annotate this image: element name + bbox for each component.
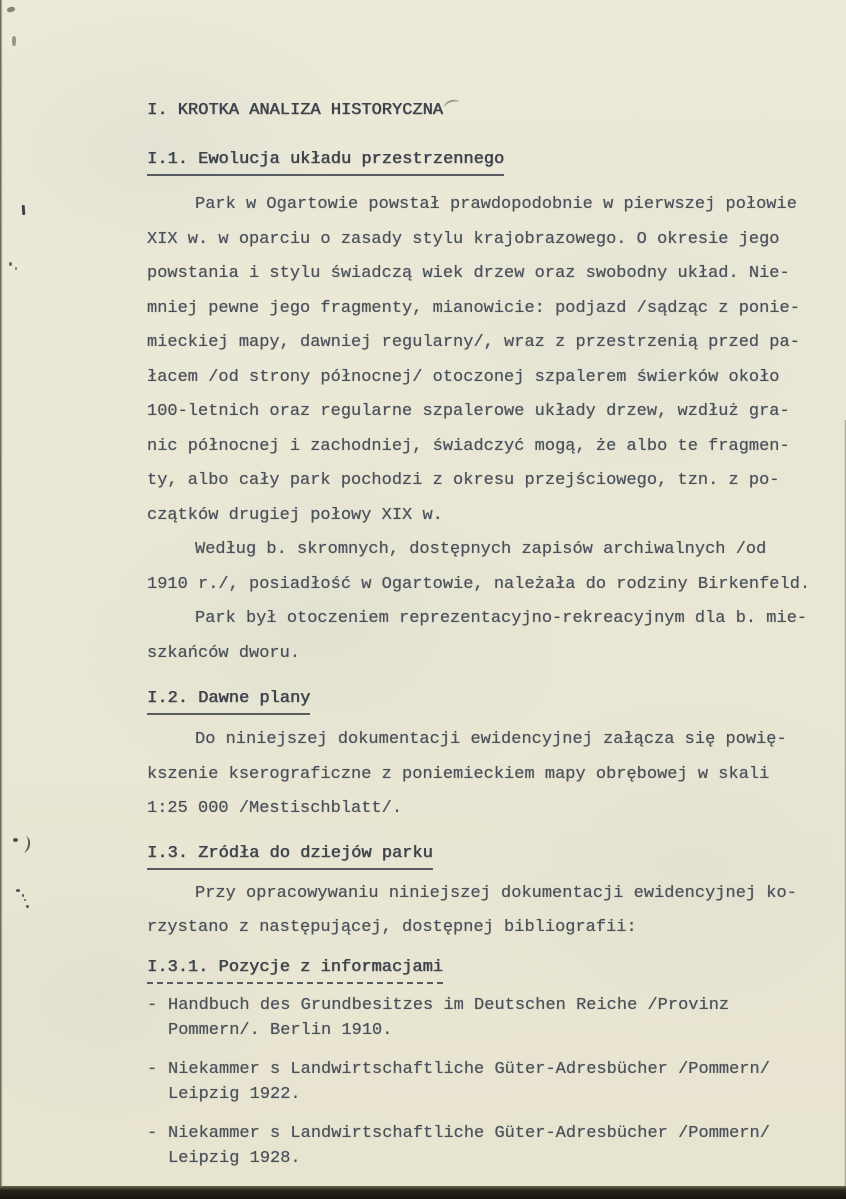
- paragraph-line: łacem /od strony północnej/ otoczonej sz…: [147, 361, 819, 396]
- bib-entry: - Niekammer s Landwirtschaftliche Güter-…: [147, 1057, 819, 1107]
- section-2-heading-row: I.2. Dawne plany: [147, 688, 819, 715]
- paragraph-line: 1910 r./, posiadłość w Ogartowie, należa…: [147, 568, 819, 603]
- subsection-heading: I.3.1. Pozycje z informacjami: [147, 957, 443, 984]
- subsection-heading-row: I.3.1. Pozycje z informacjami: [147, 957, 819, 984]
- paragraph-line: Park w Ogartowie powstał prawdopodobnie …: [147, 188, 819, 223]
- paragraph-line: Park był otoczeniem reprezentacyjno-rekr…: [147, 602, 819, 637]
- paragraph-line: nic północnej i zachodniej, świadczyć mo…: [147, 430, 819, 465]
- corner-scan-speck: [12, 36, 16, 46]
- paragraph-line: ty, albo cały park pochodzi z okresu prz…: [147, 464, 819, 499]
- document-title: I. KROTKA ANALIZA HISTORYCZNA: [147, 100, 819, 122]
- paragraph-line: kszenie kserograficzne z poniemieckiem m…: [147, 758, 819, 793]
- paragraph-line: Do niniejszej dokumentacji ewidencyjnej …: [147, 723, 819, 758]
- margin-ink-speck: [13, 838, 18, 842]
- paragraph-line: 1:25 000 /Mestischblatt/.: [147, 792, 819, 827]
- paragraph-line: mieckiej mapy, dawniej regularny/, wraz …: [147, 326, 819, 361]
- corner-scan-speck: [6, 6, 15, 13]
- paragraph-line: czątków drugiej połowy XIX w.: [147, 499, 819, 534]
- typewritten-content: I. KROTKA ANALIZA HISTORYCZNA I.1. Ewolu…: [147, 100, 819, 1185]
- margin-ink-speck: [24, 899, 26, 901]
- section-2-heading: I.2. Dawne plany: [147, 688, 310, 715]
- bib-bullet: -: [147, 993, 157, 1018]
- paragraph-line: Przy opracowywaniu niniejszej dokumentac…: [147, 877, 819, 912]
- margin-ink-speck: [22, 894, 24, 897]
- paragraph-line: Według b. skromnych, dostępnych zapisów …: [147, 533, 819, 568]
- section-1-paragraph-3: Park był otoczeniem reprezentacyjno-rekr…: [147, 602, 819, 671]
- bib-bullet: -: [147, 1057, 157, 1082]
- margin-ink-speck: [15, 267, 17, 270]
- bib-line: Handbuch des Grundbesitzes im Deutschen …: [168, 993, 819, 1018]
- bib-line: Niekammer s Landwirtschaftliche Güter-Ad…: [168, 1057, 819, 1082]
- bib-line: Pommern/. Berlin 1910.: [168, 1018, 819, 1043]
- paragraph-line: mniej pewne jego fragmenty, mianowicie: …: [147, 292, 819, 327]
- section-3-heading-row: I.3. Zródła do dziejów parku: [147, 843, 819, 870]
- section-1-heading-row: I.1. Ewolucja układu przestrzennego: [147, 149, 819, 176]
- bib-entry: - Handbuch des Grundbesitzes im Deutsche…: [147, 993, 819, 1043]
- margin-ink-speck: [26, 905, 29, 908]
- section-3-heading: I.3. Zródła do dziejów parku: [147, 843, 433, 870]
- bib-entry: - Niekammer s Landwirtschaftliche Güter-…: [147, 1121, 819, 1171]
- bibliography-list: - Handbuch des Grundbesitzes im Deutsche…: [147, 993, 819, 1171]
- margin-ink-speck: [16, 889, 20, 892]
- scan-edge-bottom: [0, 1186, 846, 1199]
- margin-ink-curve: [20, 835, 31, 853]
- paragraph-line: powstania i stylu świadczą wiek drzew or…: [147, 257, 819, 292]
- bib-line: Niekammer s Landwirtschaftliche Güter-Ad…: [168, 1121, 819, 1146]
- paragraph-line: rzystano z następującej, dostępnej bibli…: [147, 911, 819, 946]
- margin-ink-tick: [22, 205, 26, 215]
- scanned-document-page: I. KROTKA ANALIZA HISTORYCZNA I.1. Ewolu…: [0, 0, 846, 1199]
- paragraph-line: XIX w. w oparciu o zasady stylu krajobra…: [147, 223, 819, 258]
- paragraph-line: szkańców dworu.: [147, 637, 819, 672]
- section-1-paragraph-1: Park w Ogartowie powstał prawdopodobnie …: [147, 188, 819, 533]
- paragraph-line: 100-letnich oraz regularne szpalerowe uk…: [147, 395, 819, 430]
- section-1-heading: I.1. Ewolucja układu przestrzennego: [147, 149, 504, 176]
- section-3-paragraph-1: Przy opracowywaniu niniejszej dokumentac…: [147, 877, 819, 946]
- section-2-paragraph-1: Do niniejszej dokumentacji ewidencyjnej …: [147, 723, 819, 827]
- margin-ink-speck: [9, 262, 12, 266]
- bib-bullet: -: [147, 1121, 157, 1146]
- bib-line: Leipzig 1928.: [168, 1146, 819, 1171]
- scan-edge-left: [0, 0, 3, 1199]
- bib-line: Leipzig 1922.: [168, 1082, 819, 1107]
- section-1-paragraph-2: Według b. skromnych, dostępnych zapisów …: [147, 533, 819, 602]
